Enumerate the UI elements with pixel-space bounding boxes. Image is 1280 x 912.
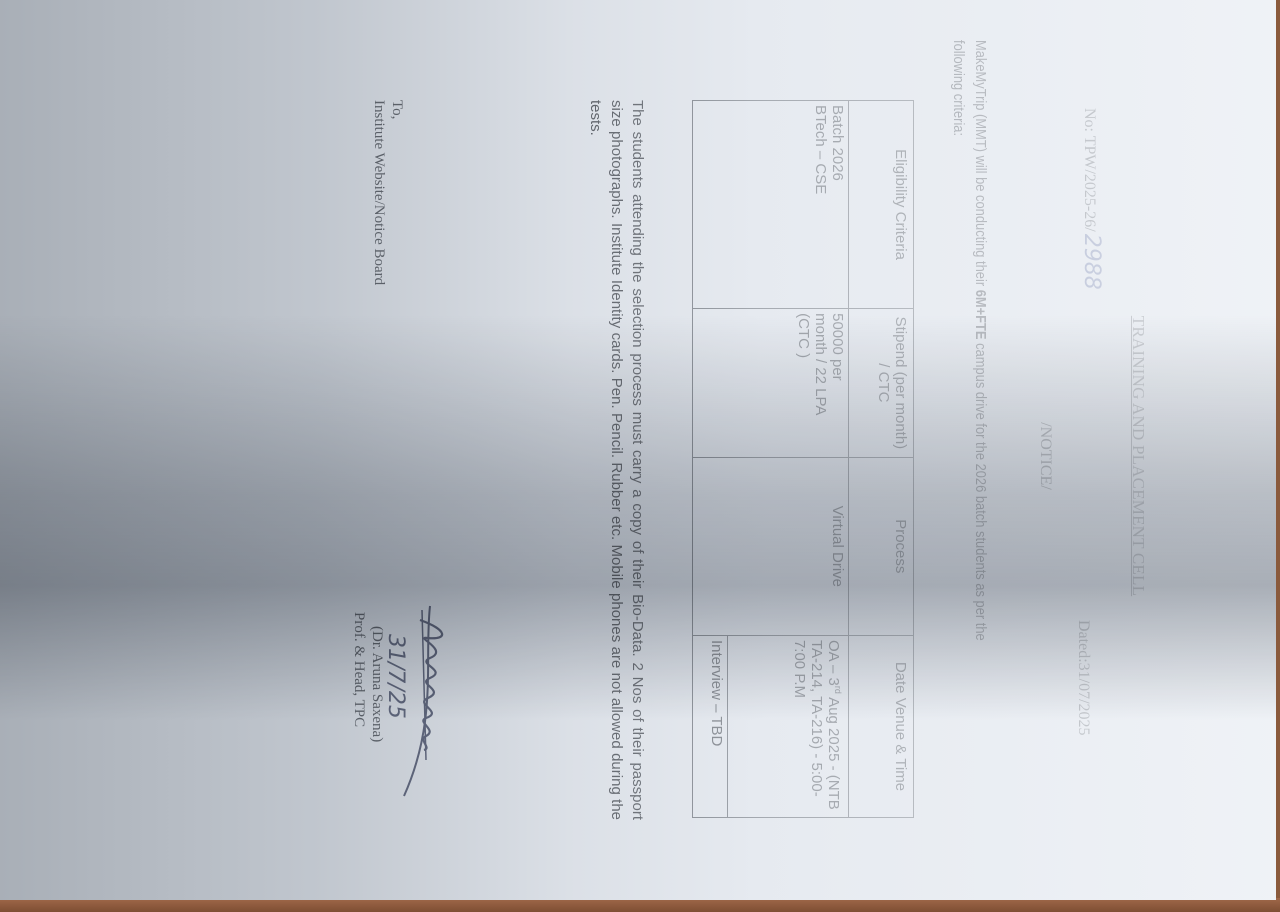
photo: TRAINING AND PLACEMENT CELL No: TPW/2025… [0,0,1280,912]
oa-label: OA – 3 [825,640,842,686]
notice-sheet: TRAINING AND PLACEMENT CELL No: TPW/2025… [0,0,1276,900]
notice-label: /NOTICE/ [1036,0,1054,912]
cell-date-venue: OA – 3rd Aug 2025 - (NTB TA-214, TA-216)… [728,635,849,817]
intro-text: will be conducting their [972,152,989,290]
wooden-table-edge [0,898,1280,912]
cell-process: Virtual Drive [693,457,849,635]
cell-interview: Interview – TBD [693,635,728,817]
header-eligibility: Eligibility Criteria [849,101,914,309]
recipient-block: To, Institute Website/Notice Board [370,100,406,285]
date-suffix: rd [833,686,843,694]
header-date-venue: Date Venue & Time [849,635,914,817]
signature-date: 31/7/25 [383,634,408,719]
company-name: MakeMyTrip (MMT) [972,40,989,152]
date: Dated:31/07/2025 [1074,620,1092,736]
header-process: Process [849,457,914,635]
signatory-name: (Dr. Aruna Saxena) [368,612,386,742]
reference-handwritten: 2988 [1079,234,1104,290]
reference-number: No: TPW/2025-26/2988 [1079,108,1104,290]
reference-printed: No: TPW/2025-26/ [1081,108,1098,232]
instructions-paragraph: The students attending the selection pro… [585,100,648,820]
table-header-row: Eligibility Criteria Stipend (per month)… [849,101,914,818]
intro-paragraph: MakeMyTrip (MMT) will be conducting thei… [947,40,991,642]
document-title: TRAINING AND PLACEMENT CELL [1128,0,1148,912]
table-row: Batch 2026 BTech – CSE 50000 per month /… [728,101,849,818]
drive-type: 6M+FTE [972,290,989,340]
signatory-block: (Dr. Aruna Saxena) Prof. & Head, TPC [350,612,386,742]
header-stipend: Stipend (per month) / CTC [849,309,914,458]
to-value: Institute Website/Notice Board [370,100,388,285]
cell-stipend: 50000 per month / 22 LPA (CTC ) [693,309,849,458]
cell-eligibility: Batch 2026 BTech – CSE [693,101,849,309]
to-label: To, [388,100,406,285]
criteria-table: Eligibility Criteria Stipend (per month)… [692,100,914,818]
eligibility-text: Batch 2026 BTech – CSE [812,105,846,205]
stipend-text: 50000 per month / 22 LPA (CTC ) [795,313,846,423]
signatory-designation: Prof. & Head, TPC [350,612,368,742]
